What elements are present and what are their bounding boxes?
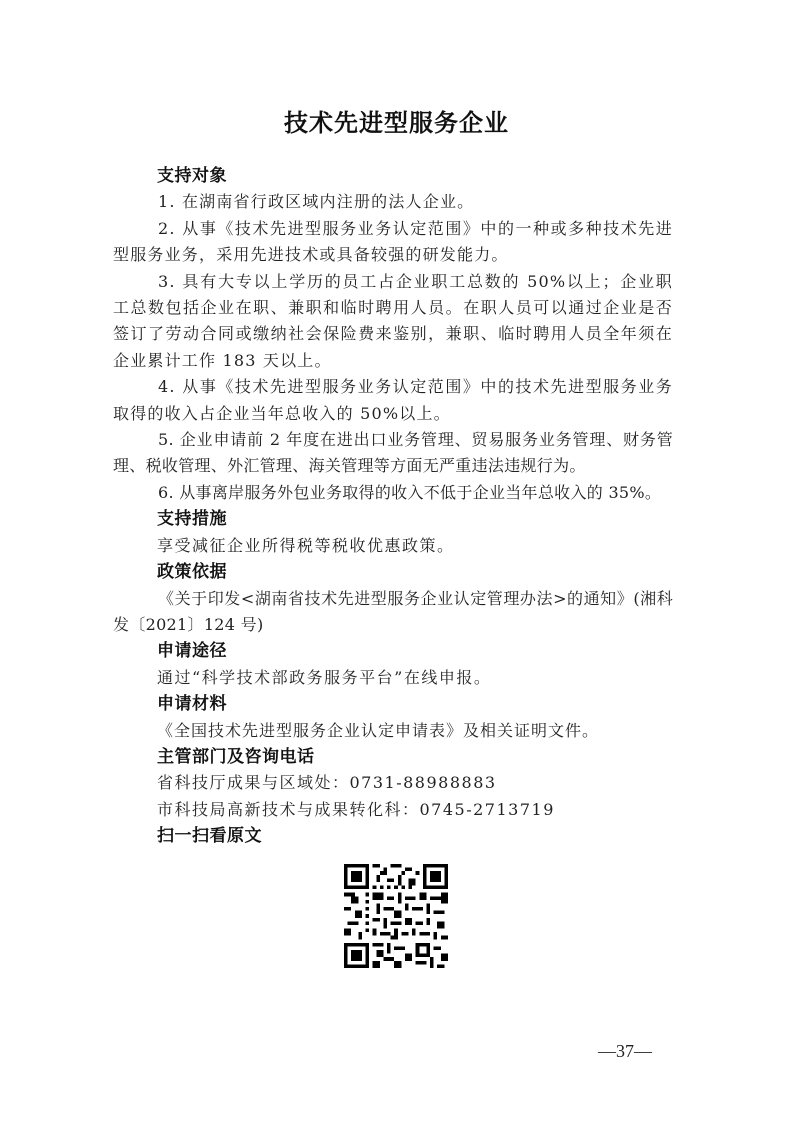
policy-basis-text: 《关于印发<湖南省技术先进型服务企业认定管理办法>的通知》(湘科发〔2021〕1… <box>113 586 673 639</box>
support-target-item-6: 6. 从事离岸服务外包业务取得的收入不低于企业当年总收入的 35%。 <box>113 480 673 506</box>
support-target-item-2: 2. 从事《技术先进型服务业务认定范围》中的一种或多种技术先进型服务业务，采用先… <box>113 216 673 269</box>
page-number: —37— <box>590 1041 660 1062</box>
contact-line-city: 市科技局高新技术与成果转化科：0745-2713719 <box>113 797 673 823</box>
support-target-item-3: 3. 具有大专以上学历的员工占企业职工总数的 50%以上；企业职工总数包括企业在… <box>113 269 673 375</box>
support-target-item-1: 1. 在湖南省行政区域内注册的法人企业。 <box>113 189 673 215</box>
heading-application-channel: 申请途径 <box>113 638 673 664</box>
heading-scan: 扫一扫看原文 <box>113 823 673 849</box>
application-materials-text: 《全国技术先进型服务企业认定申请表》及相关证明文件。 <box>113 718 673 744</box>
application-channel-text: 通过“科学技术部政务服务平台”在线申报。 <box>113 665 673 691</box>
heading-policy-basis: 政策依据 <box>113 559 673 585</box>
support-measures-text: 享受减征企业所得税等税收优惠政策。 <box>113 533 673 559</box>
heading-application-materials: 申请材料 <box>113 691 673 717</box>
heading-support-measures: 支持措施 <box>113 506 673 532</box>
heading-support-targets: 支持对象 <box>113 163 673 189</box>
qr-code-icon[interactable] <box>344 864 448 968</box>
document-page: 技术先进型服务企业 支持对象 1. 在湖南省行政区域内注册的法人企业。 2. 从… <box>0 0 793 1122</box>
support-target-item-5: 5. 企业申请前 2 年度在进出口业务管理、贸易服务业务管理、财务管理、税收管理… <box>113 427 673 480</box>
heading-contacts: 主管部门及咨询电话 <box>113 744 673 770</box>
document-title: 技术先进型服务企业 <box>0 103 793 138</box>
contact-line-province: 省科技厅成果与区域处：0731-88988883 <box>113 770 673 796</box>
document-body: 支持对象 1. 在湖南省行政区域内注册的法人企业。 2. 从事《技术先进型服务业… <box>113 163 673 850</box>
support-target-item-4: 4. 从事《技术先进型服务业务认定范围》中的技术先进型服务业务取得的收入占企业当… <box>113 374 673 427</box>
